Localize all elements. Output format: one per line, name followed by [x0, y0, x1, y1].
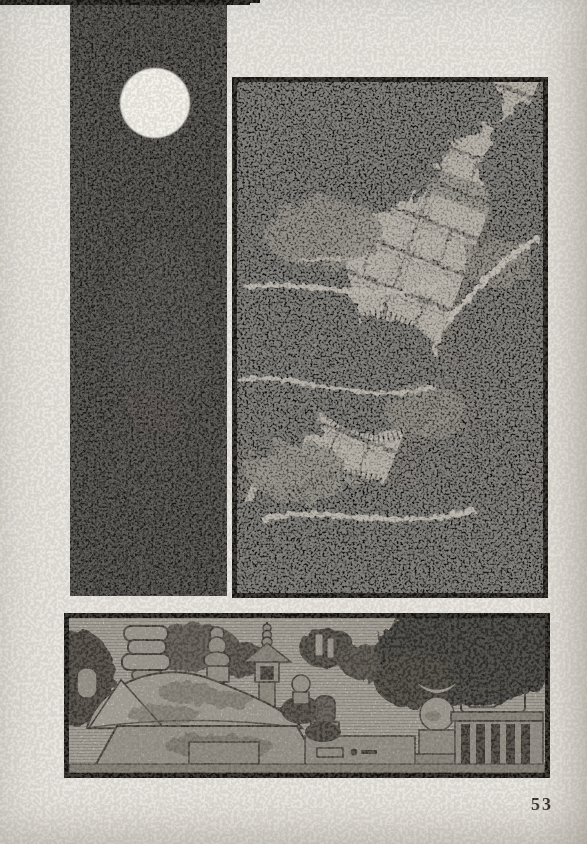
cemetery-art	[69, 618, 545, 773]
stairway-art	[237, 82, 543, 593]
panel-night-sky	[70, 5, 227, 596]
night-sky-art	[70, 5, 227, 596]
night-grain	[70, 5, 227, 596]
forest-sparkle-grain	[237, 82, 543, 593]
page-number: 53	[531, 794, 553, 815]
scan-edge-nub	[250, 0, 260, 3]
manga-page: 53	[0, 0, 587, 844]
cemetery-grain	[69, 618, 545, 773]
panel-cemetery	[64, 613, 550, 778]
panel-stairway	[232, 77, 548, 598]
